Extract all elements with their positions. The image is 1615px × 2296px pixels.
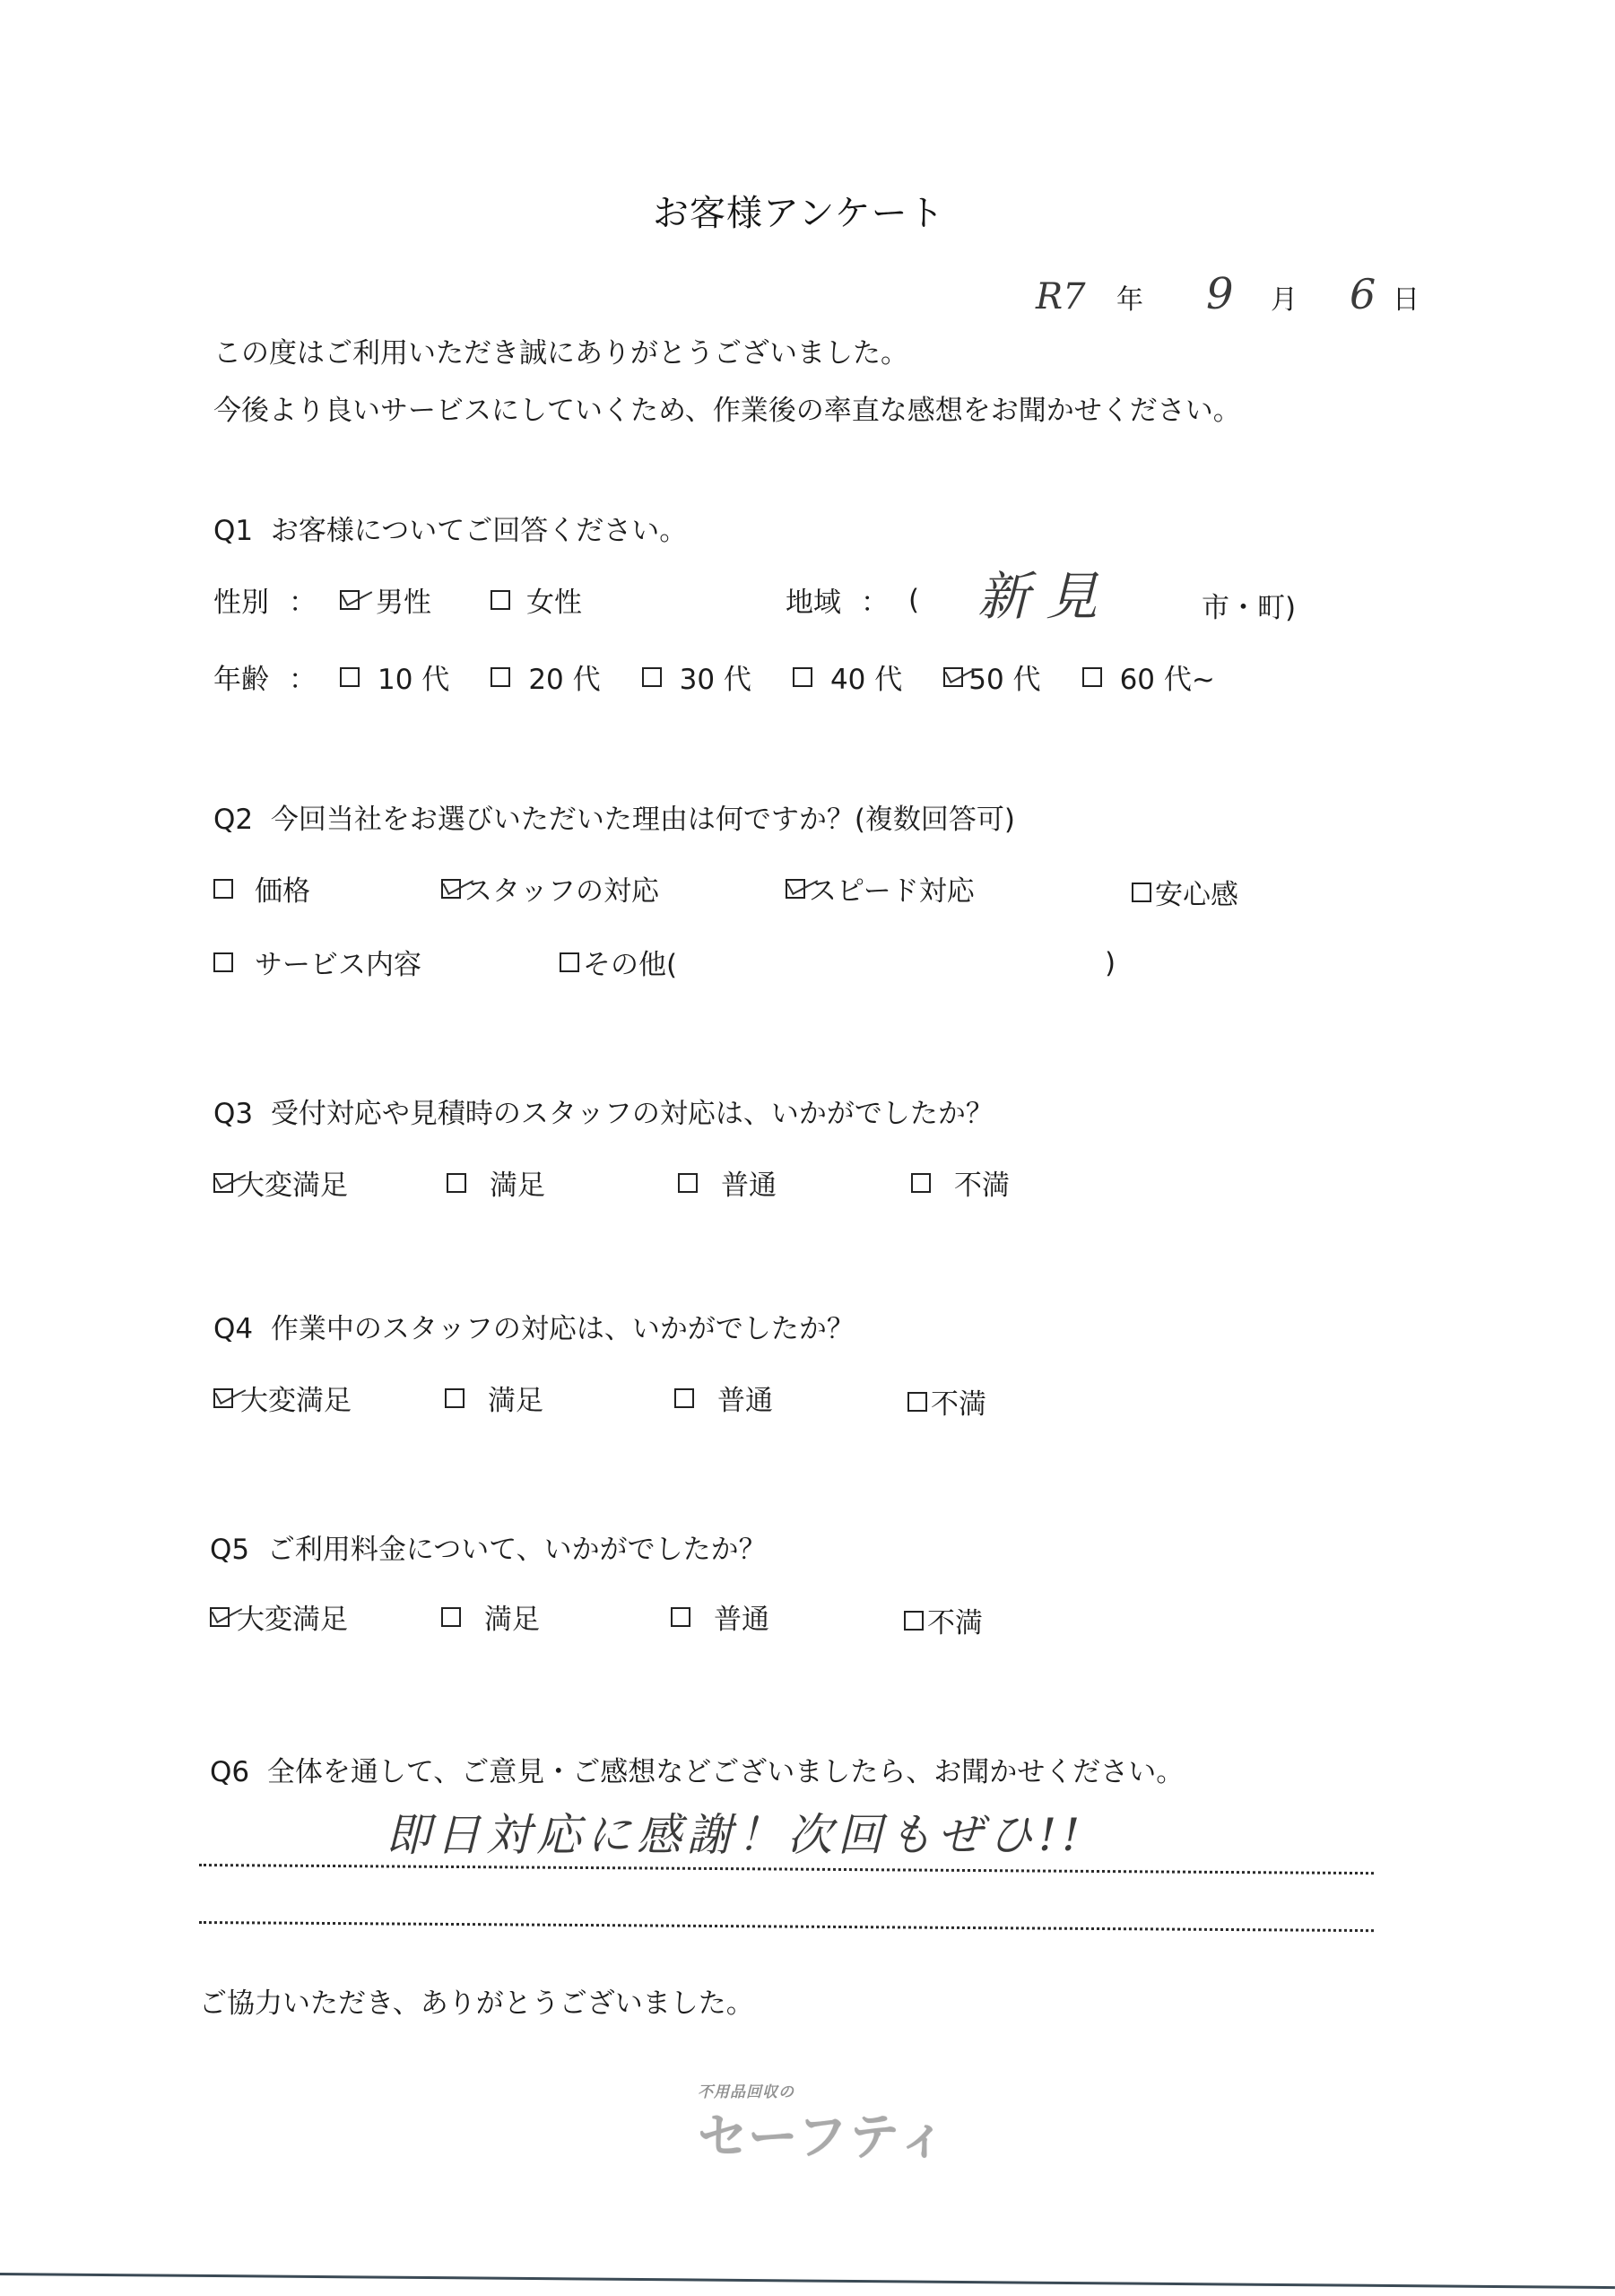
q6-heading: Q6 全体を通して、ご意見・ご感想などございましたら、お聞かせください。 <box>210 1749 1184 1789</box>
q2-speed-checkbox[interactable] <box>786 879 805 899</box>
q4-satisfied-label: 満足 <box>488 1378 543 1418</box>
date-era-year[interactable]: R7 <box>1036 276 1116 317</box>
q2-option-other[interactable]: その他( <box>560 942 677 982</box>
q2-other-label: その他( <box>583 942 677 982</box>
q3-satisfied-checkbox[interactable] <box>447 1173 466 1193</box>
q3-heading: Q3 受付対応や見積時のスタッフの対応は、いかがでしたか？ <box>213 1091 994 1131</box>
q2-service-checkbox[interactable] <box>213 952 233 972</box>
q1-heading: Q1 お客様についてご回答ください。 <box>213 508 687 548</box>
region-input[interactable]: 新見 <box>977 554 1114 630</box>
q2-option-speed[interactable]: スピード対応 <box>786 868 975 909</box>
q2-other-close-paren: ) <box>1105 947 1116 979</box>
q3-question: 受付対応や見積時のスタッフの対応は、いかがでしたか？ <box>271 1098 994 1130</box>
q3-number: Q3 <box>213 1098 253 1130</box>
q2-number: Q2 <box>213 804 253 836</box>
q3-neutral-label: 普通 <box>721 1162 777 1203</box>
q3-neutral-checkbox[interactable] <box>678 1173 698 1193</box>
q6-number: Q6 <box>210 1756 249 1788</box>
q4-option-satisfied[interactable]: 満足 <box>445 1378 543 1418</box>
q2-staff-label: スタッフの対応 <box>465 868 659 909</box>
q1-number: Q1 <box>213 515 253 547</box>
q2-heading: Q2 今回当社をお選びいただいた理由は何ですか？(複数回答可) <box>213 796 1015 837</box>
region-sep: ： <box>861 579 889 620</box>
q2-option-peace-of-mind[interactable]: 安心感 <box>1132 872 1238 912</box>
age-30s-label: 30 代 <box>680 657 751 697</box>
gender-row: 性別 ： 男性 女性 <box>213 579 582 620</box>
q2-option-staff[interactable]: スタッフの対応 <box>441 868 659 909</box>
q4-neutral-label: 普通 <box>717 1378 773 1418</box>
age-20s-label: 20 代 <box>528 657 600 697</box>
q3-option-satisfied[interactable]: 満足 <box>447 1162 545 1203</box>
region-label: 地域 <box>786 579 841 620</box>
q2-speed-label: スピード対応 <box>809 868 975 909</box>
age-60s-checkbox[interactable] <box>1082 667 1102 687</box>
gender-male-label: 男性 <box>376 579 431 620</box>
date-month-label: 月 <box>1271 277 1350 317</box>
q6-answer-underline-2 <box>199 1921 1374 1932</box>
date-month[interactable]: 9 <box>1206 269 1271 319</box>
q5-satisfied-checkbox[interactable] <box>441 1607 461 1627</box>
region-open-paren: ( <box>908 584 919 616</box>
q2-other-checkbox[interactable] <box>560 952 579 972</box>
age-10s-label: 10 代 <box>378 657 449 697</box>
q2-price-checkbox[interactable] <box>213 879 233 899</box>
q5-number: Q5 <box>210 1534 249 1566</box>
q4-option-very-satisfied[interactable]: 大変満足 <box>213 1378 352 1418</box>
q4-dissatisfied-label: 不満 <box>931 1381 986 1422</box>
q5-heading: Q5 ご利用料金について、いかがでしたか？ <box>210 1526 767 1567</box>
survey-title: お客様アンケート <box>653 185 945 236</box>
scan-edge-line <box>0 2273 1615 2289</box>
q3-dissatisfied-label: 不満 <box>954 1162 1010 1203</box>
q2-option-service[interactable]: サービス内容 <box>213 942 421 982</box>
q4-option-dissatisfied[interactable]: 不満 <box>907 1381 986 1422</box>
q2-staff-checkbox[interactable] <box>441 879 461 899</box>
q3-option-neutral[interactable]: 普通 <box>678 1162 777 1203</box>
q5-neutral-label: 普通 <box>714 1596 769 1637</box>
q4-question: 作業中のスタッフの対応は、いかがでしたか？ <box>271 1313 855 1345</box>
q5-dissatisfied-label: 不満 <box>927 1600 983 1640</box>
q4-satisfied-checkbox[interactable] <box>445 1388 465 1408</box>
age-40s-label: 40 代 <box>830 657 902 697</box>
q4-very-satisfied-checkbox[interactable] <box>213 1388 233 1408</box>
age-sep: ： <box>289 657 317 697</box>
gender-male-checkbox[interactable] <box>340 590 360 610</box>
q5-option-dissatisfied[interactable]: 不満 <box>904 1600 983 1640</box>
region-row: 地域 ： ( <box>786 579 919 620</box>
q2-option-price[interactable]: 価格 <box>213 868 310 909</box>
q4-neutral-checkbox[interactable] <box>674 1388 694 1408</box>
region-suffix: 市・町) <box>1202 585 1296 625</box>
q5-option-satisfied[interactable]: 満足 <box>441 1596 540 1637</box>
logo-name: セーフティ <box>698 2098 949 2170</box>
q5-question: ご利用料金について、いかがでしたか？ <box>267 1534 767 1566</box>
date-year-label: 年 <box>1116 277 1206 317</box>
company-logo: 不用品回収の セーフティ <box>698 2079 949 2170</box>
q3-dissatisfied-checkbox[interactable] <box>911 1173 931 1193</box>
q3-option-very-satisfied[interactable]: 大変満足 <box>213 1162 348 1203</box>
q1-question: お客様についてご回答ください。 <box>271 515 687 547</box>
q5-neutral-checkbox[interactable] <box>671 1607 690 1627</box>
gender-sep: ： <box>289 579 317 620</box>
q2-service-label: サービス内容 <box>255 942 421 982</box>
q3-option-dissatisfied[interactable]: 不満 <box>911 1162 1010 1203</box>
date-day[interactable]: 6 <box>1350 270 1393 318</box>
date-field: R7 年 9 月 6 日 <box>1036 269 1420 319</box>
age-40s-checkbox[interactable] <box>793 667 812 687</box>
date-day-label: 日 <box>1393 277 1420 317</box>
q4-dissatisfied-checkbox[interactable] <box>907 1392 927 1412</box>
gender-label: 性別 <box>213 579 269 620</box>
q2-price-label: 価格 <box>255 868 310 909</box>
q4-very-satisfied-label: 大変満足 <box>240 1378 352 1418</box>
q5-option-very-satisfied[interactable]: 大変満足 <box>210 1596 348 1637</box>
q4-heading: Q4 作業中のスタッフの対応は、いかがでしたか？ <box>213 1306 855 1346</box>
q3-very-satisfied-checkbox[interactable] <box>213 1173 233 1193</box>
age-10s-checkbox[interactable] <box>340 667 360 687</box>
q3-satisfied-label: 満足 <box>490 1162 545 1203</box>
intro-line-2: 今後より良いサービスにしていくため、作業後の率直な感想をお聞かせください。 <box>213 387 1241 428</box>
closing-thanks: ご協力いただき、ありがとうございました。 <box>199 1980 754 2021</box>
age-50s-label: 50 代 <box>968 657 1040 697</box>
q4-number: Q4 <box>213 1313 253 1345</box>
age-row: 年齢 ： 10 代 20 代 30 代 40 代 50 代 60 代~ <box>213 657 1215 697</box>
age-label: 年齢 <box>213 657 269 697</box>
age-30s-checkbox[interactable] <box>642 667 662 687</box>
intro-line-1: この度はご利用いただき誠にありがとうございました。 <box>213 330 908 370</box>
age-20s-checkbox[interactable] <box>491 667 510 687</box>
q2-question: 今回当社をお選びいただいた理由は何ですか？(複数回答可) <box>271 804 1015 836</box>
q5-very-satisfied-label: 大変満足 <box>237 1596 348 1637</box>
q6-answer-line-1[interactable]: 即日対応に感謝！次回もぜひ!! <box>386 1799 1085 1864</box>
q2-peace-label: 安心感 <box>1155 872 1238 912</box>
q3-very-satisfied-label: 大変満足 <box>237 1162 348 1203</box>
q6-answer-line-2[interactable] <box>199 1883 1374 1916</box>
q4-option-neutral[interactable]: 普通 <box>674 1378 773 1418</box>
q5-very-satisfied-checkbox[interactable] <box>210 1607 230 1627</box>
q6-answer-underline-1 <box>199 1864 1374 1874</box>
q2-other-input[interactable] <box>690 942 1094 976</box>
q2-peace-checkbox[interactable] <box>1132 883 1151 902</box>
age-60s-label: 60 代~ <box>1120 657 1215 697</box>
q5-satisfied-label: 満足 <box>484 1596 540 1637</box>
gender-female-label: 女性 <box>526 579 582 620</box>
gender-female-checkbox[interactable] <box>491 590 510 610</box>
age-50s-checkbox[interactable] <box>943 667 963 687</box>
q5-option-neutral[interactable]: 普通 <box>671 1596 769 1637</box>
q5-dissatisfied-checkbox[interactable] <box>904 1611 924 1631</box>
q6-question: 全体を通して、ご意見・ご感想などございましたら、お聞かせください。 <box>267 1756 1184 1788</box>
